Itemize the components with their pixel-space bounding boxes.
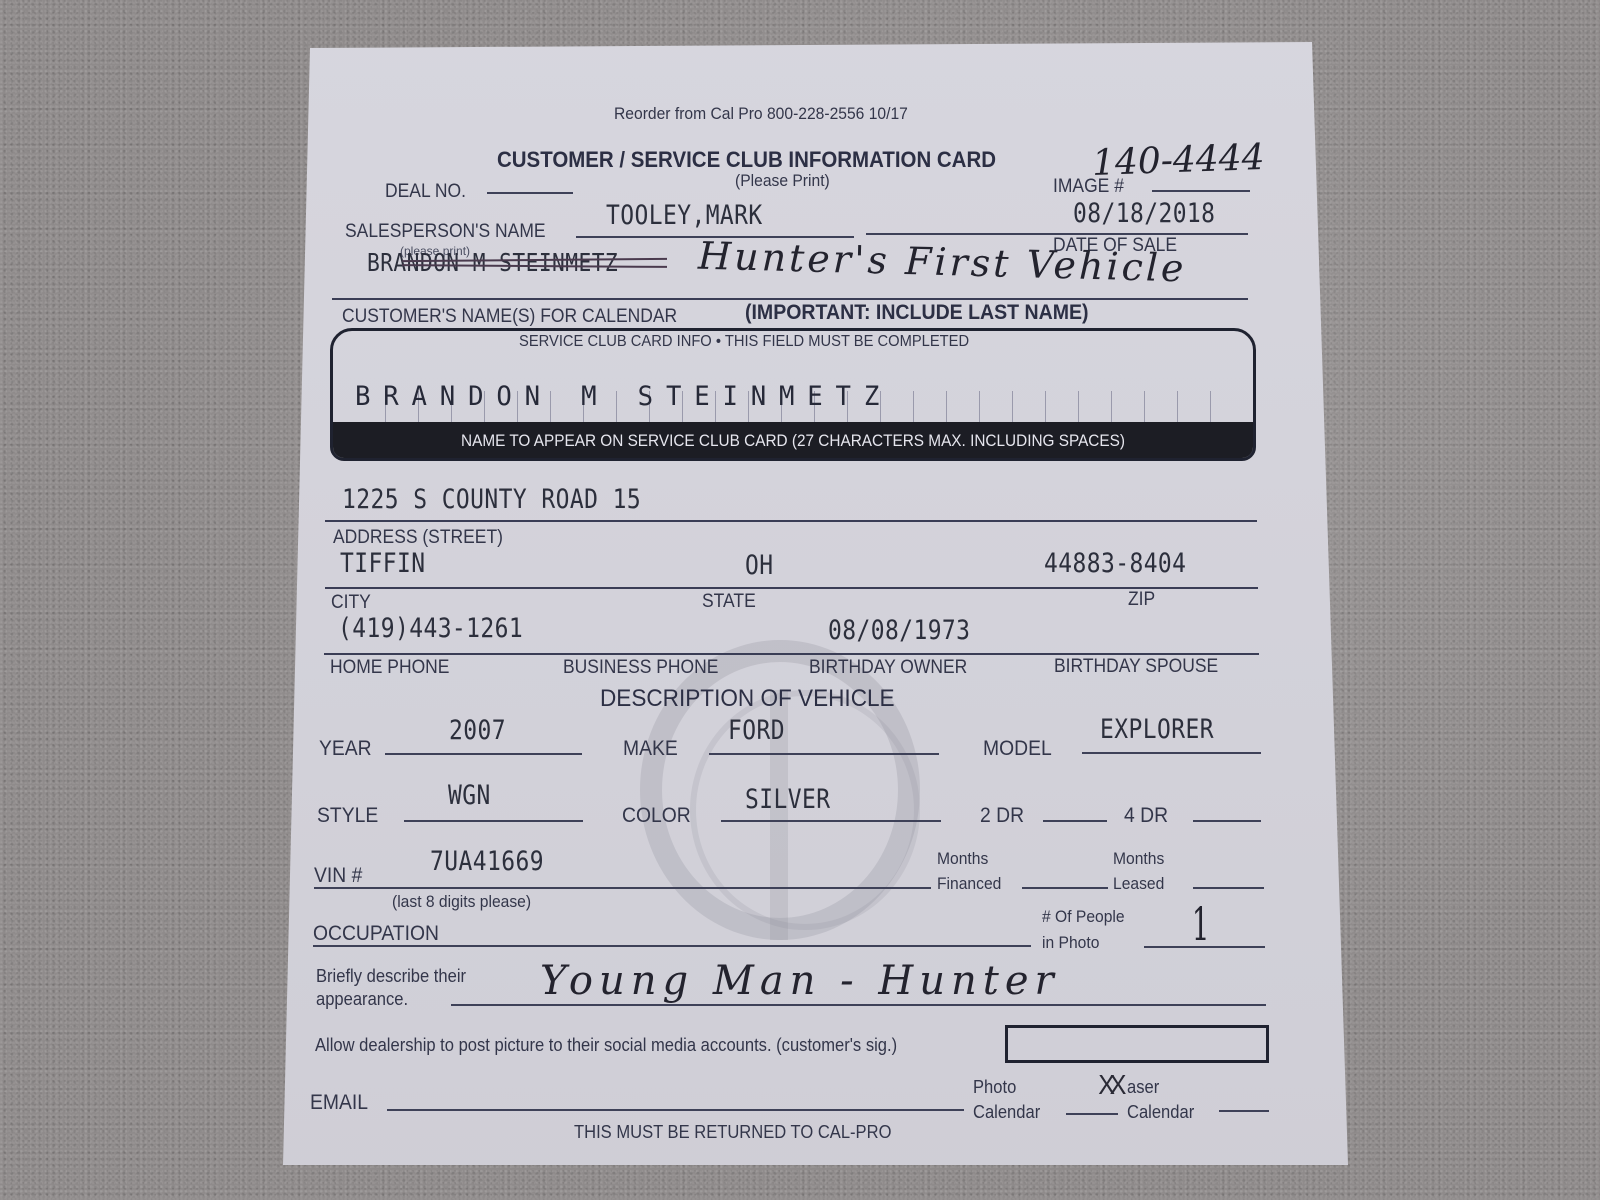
months-leased-label-2: Leased <box>1113 874 1164 894</box>
people-label-2: in Photo <box>1042 933 1099 953</box>
card-name-value[interactable]: BRANDON M STEINMETZ <box>355 381 892 412</box>
important-note: (IMPORTANT: INCLUDE LAST NAME) <box>745 301 1089 325</box>
appearance-handwritten[interactable]: Young Man - Hunter <box>540 958 1060 1004</box>
please-print-note: (Please Print) <box>735 171 830 191</box>
occupation-field[interactable] <box>313 945 1031 947</box>
photo-calendar-label-2: Calendar <box>973 1102 1040 1123</box>
social-media-consent-label: Allow dealership to post picture to thei… <box>315 1035 897 1056</box>
model-field[interactable] <box>1082 752 1261 754</box>
salesperson-label: SALESPERSON'S NAME <box>345 221 546 243</box>
four-door-label: 4 DR <box>1124 804 1168 828</box>
zip-value[interactable]: 44883-8404 <box>1044 548 1186 579</box>
image-label: IMAGE # <box>1053 176 1124 198</box>
birthday-owner-label: BIRTHDAY OWNER <box>809 657 967 679</box>
laser-calendar-x-mark[interactable]: XX <box>1098 1069 1121 1101</box>
birthday-spouse-label: BIRTHDAY SPOUSE <box>1054 656 1218 678</box>
appearance-field[interactable] <box>451 1004 1266 1006</box>
street-field[interactable] <box>325 520 1257 522</box>
deal-no-field[interactable] <box>487 192 573 194</box>
two-door-field[interactable] <box>1043 820 1107 822</box>
style-label: STYLE <box>317 804 378 828</box>
photo-calendar-checkbox[interactable] <box>1066 1113 1118 1115</box>
laser-calendar-label-1: aser <box>1127 1077 1159 1098</box>
laser-calendar-checkbox[interactable] <box>1219 1110 1269 1112</box>
card-label-band: NAME TO APPEAR ON SERVICE CLUB CARD (27 … <box>333 422 1253 458</box>
zip-label: ZIP <box>1128 589 1155 611</box>
color-value[interactable]: SILVER <box>745 784 830 815</box>
calendar-name-label: CUSTOMER'S NAME(S) FOR CALENDAR <box>342 306 677 328</box>
style-field[interactable] <box>404 820 583 822</box>
struck-typed-name: BRANDON M STEINMETZ <box>367 248 618 277</box>
months-leased-field[interactable] <box>1193 887 1264 889</box>
date-of-sale-value[interactable]: 08/18/2018 <box>1073 198 1215 229</box>
birthday-owner-value[interactable]: 08/08/1973 <box>828 615 970 646</box>
state-label: STATE <box>702 591 756 613</box>
year-value[interactable]: 2007 <box>449 715 506 746</box>
card-info-heading: SERVICE CLUB CARD INFO • THIS FIELD MUST… <box>519 333 969 351</box>
months-financed-label-2: Financed <box>937 874 1001 894</box>
people-label-1: # Of People <box>1042 907 1125 927</box>
make-label: MAKE <box>623 737 678 761</box>
vin-field[interactable] <box>314 887 931 889</box>
color-label: COLOR <box>622 804 691 828</box>
city-value[interactable]: TIFFIN <box>340 548 425 579</box>
service-club-card-field[interactable]: SERVICE CLUB CARD INFO • THIS FIELD MUST… <box>330 328 1256 461</box>
model-value[interactable]: EXPLORER <box>1100 714 1214 745</box>
email-label: EMAIL <box>310 1091 368 1115</box>
style-value[interactable]: WGN <box>448 780 491 811</box>
months-leased-label-1: Months <box>1113 849 1164 869</box>
city-state-zip-field[interactable] <box>325 587 1258 589</box>
street-label: ADDRESS (STREET) <box>333 527 503 549</box>
phone-birthday-field[interactable] <box>324 653 1259 655</box>
business-phone-label: BUSINESS PHONE <box>563 657 718 679</box>
home-phone-label: HOME PHONE <box>330 657 449 679</box>
card-band-label: NAME TO APPEAR ON SERVICE CLUB CARD (27 … <box>365 432 1221 451</box>
appearance-label-2: appearance. <box>316 989 408 1010</box>
vin-label: VIN # <box>314 864 362 888</box>
color-field[interactable] <box>721 820 941 822</box>
make-value[interactable]: FORD <box>728 715 785 746</box>
image-number-field[interactable] <box>1152 190 1250 192</box>
service-club-form: Reorder from Cal Pro 800-228-2556 10/17 … <box>0 0 1600 1200</box>
vehicle-heading: DESCRIPTION OF VEHICLE <box>600 685 895 713</box>
customer-signature-box[interactable] <box>1005 1025 1269 1063</box>
calendar-name-field[interactable] <box>332 298 1248 300</box>
two-door-label: 2 DR <box>980 804 1024 828</box>
city-label: CITY <box>331 592 371 614</box>
appearance-label-1: Briefly describe their <box>316 966 466 987</box>
year-label: YEAR <box>319 737 372 761</box>
months-financed-field[interactable] <box>1022 887 1108 889</box>
deal-no-label: DEAL NO. <box>385 181 466 203</box>
four-door-field[interactable] <box>1193 820 1261 822</box>
model-label: MODEL <box>983 737 1052 761</box>
street-value[interactable]: 1225 S COUNTY ROAD 15 <box>342 484 641 515</box>
home-phone-value[interactable]: (419)443-1261 <box>338 613 523 644</box>
email-field[interactable] <box>387 1109 964 1111</box>
months-financed-label-1: Months <box>937 849 988 869</box>
return-notice: THIS MUST BE RETURNED TO CAL-PRO <box>574 1122 891 1143</box>
reorder-line: Reorder from Cal Pro 800-228-2556 10/17 <box>614 104 908 124</box>
form-title: CUSTOMER / SERVICE CLUB INFORMATION CARD <box>497 147 996 173</box>
occupation-label: OCCUPATION <box>313 922 439 946</box>
vin-hint: (last 8 digits please) <box>392 892 531 912</box>
year-field[interactable] <box>385 753 582 755</box>
laser-calendar-label-2: Calendar <box>1127 1102 1194 1123</box>
people-count-value[interactable]: 1 <box>1192 897 1210 951</box>
state-value[interactable]: OH <box>745 550 773 581</box>
photo-calendar-label-1: Photo <box>973 1077 1016 1098</box>
vin-value[interactable]: 7UA41669 <box>430 846 544 877</box>
make-field[interactable] <box>709 753 939 755</box>
salesperson-value[interactable]: TOOLEY,MARK <box>606 200 763 231</box>
people-count-field[interactable] <box>1144 946 1265 948</box>
